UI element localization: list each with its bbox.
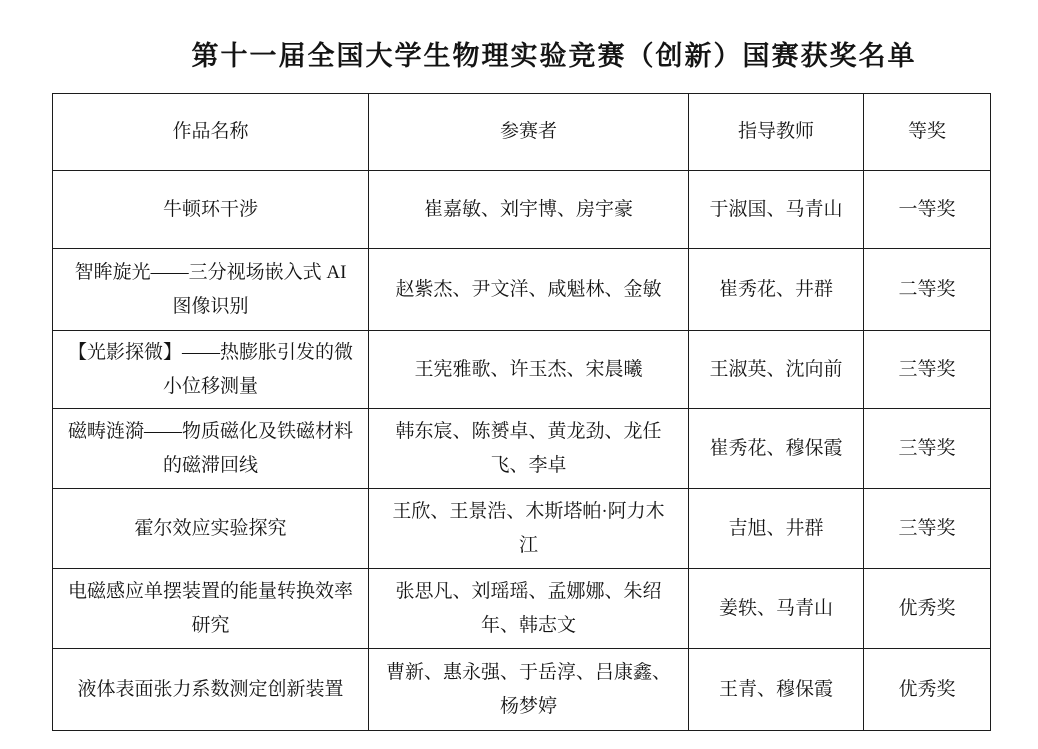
cell-teachers: 王青、穆保霞 [689, 649, 864, 731]
table-row: 磁畴涟漪——物质磁化及铁磁材料的磁滞回线 韩东宸、陈赟卓、黄龙劲、龙任飞、李卓 … [53, 409, 991, 489]
document-title: 第十一届全国大学生物理实验竞赛（创新）国赛获奖名单 [70, 34, 1038, 73]
table-row: 霍尔效应实验探究 王欣、王景浩、木斯塔帕·阿力木江 吉旭、井群 三等奖 [53, 489, 991, 569]
col-header-teachers: 指导教师 [689, 94, 864, 171]
cell-work: 磁畴涟漪——物质磁化及铁磁材料的磁滞回线 [53, 409, 369, 489]
cell-teachers: 吉旭、井群 [689, 489, 864, 569]
table-row: 电磁感应单摆装置的能量转换效率研究 张思凡、刘瑶瑶、孟娜娜、朱绍年、韩志文 姜轶… [53, 569, 991, 649]
cell-participants: 王宪雅歌、许玉杰、宋晨曦 [369, 331, 689, 409]
table-row: 【光影探微】——热膨胀引发的微小位移测量 王宪雅歌、许玉杰、宋晨曦 王淑英、沈向… [53, 331, 991, 409]
cell-award: 优秀奖 [864, 649, 991, 731]
table-header-row: 作品名称 参赛者 指导教师 等奖 [53, 94, 991, 171]
cell-teachers: 姜轶、马青山 [689, 569, 864, 649]
cell-participants: 韩东宸、陈赟卓、黄龙劲、龙任飞、李卓 [369, 409, 689, 489]
cell-teachers: 崔秀花、井群 [689, 249, 864, 331]
cell-participants: 王欣、王景浩、木斯塔帕·阿力木江 [369, 489, 689, 569]
table-row: 液体表面张力系数测定创新装置 曹新、惠永强、于岳淳、吕康鑫、杨梦婷 王青、穆保霞… [53, 649, 991, 731]
cell-teachers: 崔秀花、穆保霞 [689, 409, 864, 489]
cell-award: 一等奖 [864, 171, 991, 249]
cell-work: 智眸旋光——三分视场嵌入式 AI 图像识别 [53, 249, 369, 331]
document-page: 第十一届全国大学生物理实验竞赛（创新）国赛获奖名单 作品名称 参赛者 指导教师 … [0, 0, 1038, 749]
col-header-work: 作品名称 [53, 94, 369, 171]
cell-participants: 崔嘉敏、刘宇博、房宇豪 [369, 171, 689, 249]
cell-teachers: 王淑英、沈向前 [689, 331, 864, 409]
table-row: 牛顿环干涉 崔嘉敏、刘宇博、房宇豪 于淑国、马青山 一等奖 [53, 171, 991, 249]
cell-award: 三等奖 [864, 331, 991, 409]
cell-award: 优秀奖 [864, 569, 991, 649]
cell-award: 三等奖 [864, 489, 991, 569]
awards-table: 作品名称 参赛者 指导教师 等奖 牛顿环干涉 崔嘉敏、刘宇博、房宇豪 于淑国、马… [52, 93, 991, 731]
cell-participants: 张思凡、刘瑶瑶、孟娜娜、朱绍年、韩志文 [369, 569, 689, 649]
cell-participants: 赵紫杰、尹文洋、咸魁林、金敏 [369, 249, 689, 331]
col-header-award: 等奖 [864, 94, 991, 171]
cell-work: 霍尔效应实验探究 [53, 489, 369, 569]
cell-work: 【光影探微】——热膨胀引发的微小位移测量 [53, 331, 369, 409]
table-row: 智眸旋光——三分视场嵌入式 AI 图像识别 赵紫杰、尹文洋、咸魁林、金敏 崔秀花… [53, 249, 991, 331]
cell-award: 三等奖 [864, 409, 991, 489]
cell-teachers: 于淑国、马青山 [689, 171, 864, 249]
cell-work: 电磁感应单摆装置的能量转换效率研究 [53, 569, 369, 649]
cell-award: 二等奖 [864, 249, 991, 331]
cell-participants: 曹新、惠永强、于岳淳、吕康鑫、杨梦婷 [369, 649, 689, 731]
cell-work: 牛顿环干涉 [53, 171, 369, 249]
cell-work: 液体表面张力系数测定创新装置 [53, 649, 369, 731]
col-header-participants: 参赛者 [369, 94, 689, 171]
